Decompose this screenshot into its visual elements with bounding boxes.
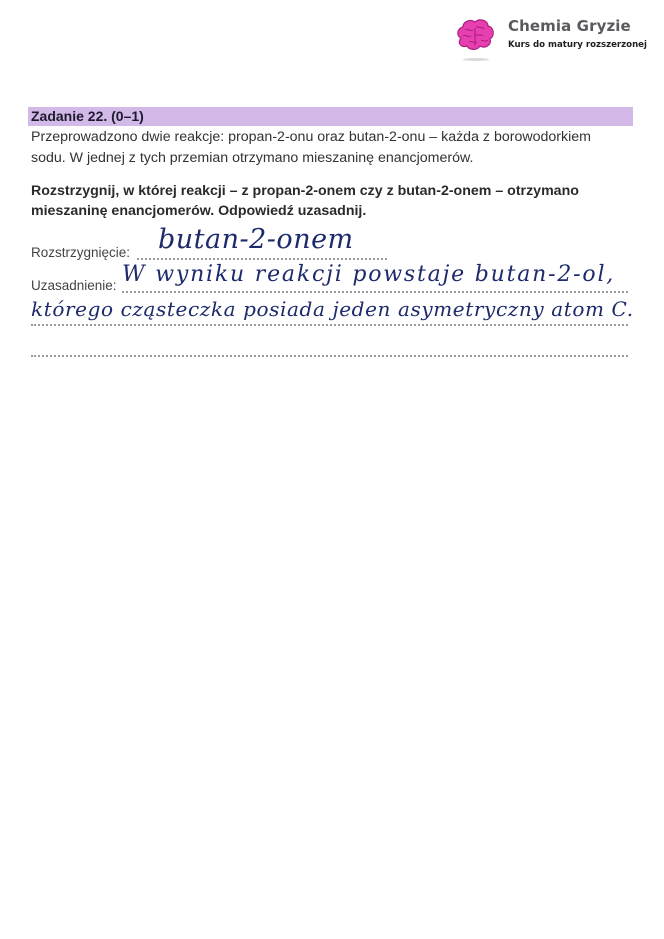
brand-tagline: Kurs do matury rozszerzonej: [508, 40, 647, 50]
justification-answer-line-1[interactable]: W wyniku reakcji powstaje butan-2-ol,: [122, 262, 615, 287]
decision-label: Rozstrzygnięcie:: [31, 245, 130, 260]
brand-logo: Chemia Gryzie Kurs do matury rozszerzone…: [455, 14, 655, 64]
intro-line: sodu. W jednej z tych przemian otrzymano…: [31, 148, 591, 169]
task-instruction: Rozstrzygnij, w której reakcji – z propa…: [31, 181, 579, 221]
brain-icon: [455, 18, 495, 52]
task-header: Zadanie 22. (0–1): [28, 107, 633, 126]
justification-dotted-line-3: [31, 355, 628, 357]
logo-shadow: [463, 58, 489, 61]
instruction-line: mieszaninę enancjomerów. Odpowiedź uzasa…: [31, 201, 579, 221]
intro-line: Przeprowadzono dwie reakcje: propan-2-on…: [31, 127, 591, 148]
justification-label: Uzasadnienie:: [31, 278, 117, 293]
brand-name: Chemia Gryzie: [508, 17, 631, 35]
justification-dotted-line-2: [31, 324, 628, 326]
justification-answer-line-2[interactable]: którego cząsteczka posiada jeden asymetr…: [31, 297, 634, 321]
task-intro: Przeprowadzono dwie reakcje: propan-2-on…: [31, 127, 591, 169]
decision-dotted-line: [137, 258, 387, 260]
justification-dotted-line-1: [122, 291, 628, 293]
decision-answer[interactable]: butan-2-onem: [158, 224, 354, 255]
instruction-line: Rozstrzygnij, w której reakcji – z propa…: [31, 181, 579, 201]
task-title: Zadanie 22. (0–1): [31, 108, 144, 124]
